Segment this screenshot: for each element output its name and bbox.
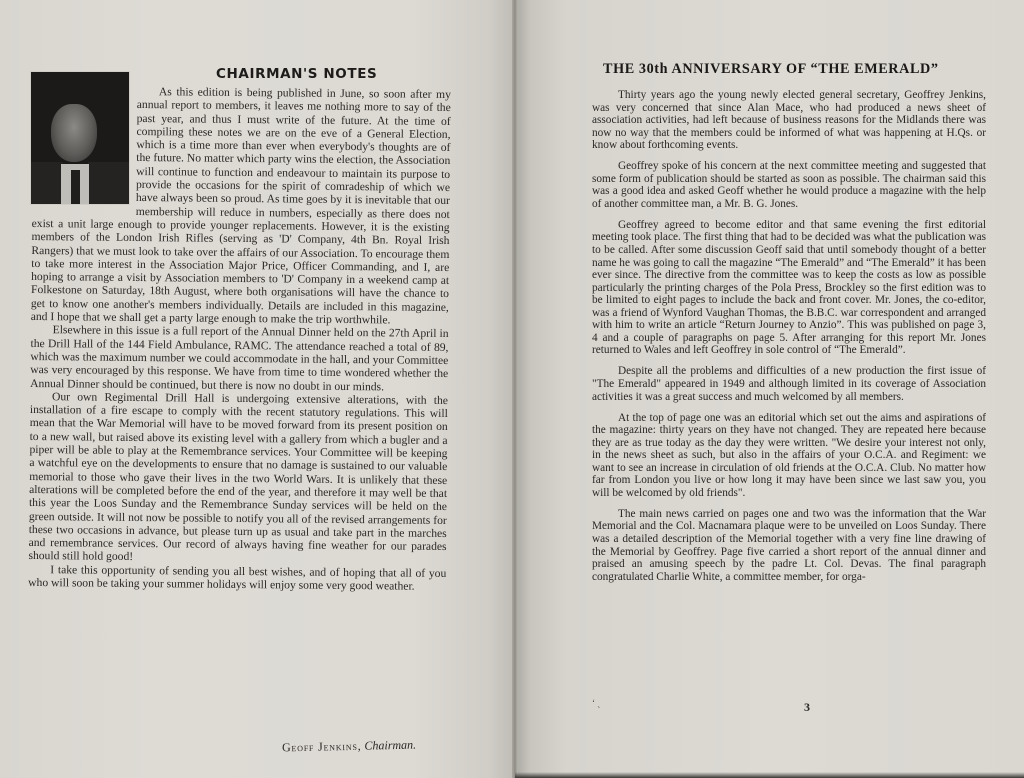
paragraph: Thirty years ago the young newly elected… xyxy=(592,89,986,152)
paragraph: Geoffrey agreed to become editor and tha… xyxy=(592,219,986,357)
paragraph: Elsewhere in this issue is a full report… xyxy=(30,323,449,393)
signature-name: Geoff Jenkins, xyxy=(282,739,362,755)
page-edge-shadow xyxy=(515,772,1024,778)
anniversary-body: Thirty years ago the young newly elected… xyxy=(592,89,986,592)
anniversary-title: THE 30th ANNIVERSARY OF “THE EMERALD” xyxy=(603,61,939,78)
signature-role: Chairman. xyxy=(364,738,416,753)
paragraph: The main news carried on pages one and t… xyxy=(592,508,986,583)
paragraph: Geoffrey spoke of his concern at the nex… xyxy=(592,160,986,210)
print-specks: ‘ ˎ xyxy=(592,698,600,708)
left-page: CHAIRMAN'S NOTES As this edition is bein… xyxy=(0,0,515,778)
paragraph: Our own Regimental Drill Hall is undergo… xyxy=(28,390,448,567)
page-number: 3 xyxy=(804,700,810,715)
book-gutter xyxy=(512,0,518,778)
chairmans-notes-title: CHAIRMAN'S NOTES xyxy=(216,66,377,82)
paragraph: I take this opportunity of sending you a… xyxy=(28,563,446,594)
photo-spacer xyxy=(32,84,137,209)
signature: Geoff Jenkins, Chairman. xyxy=(282,738,416,756)
paragraph: At the top of page one was an editorial … xyxy=(592,412,986,500)
chairmans-notes-body: As this edition is being published in Ju… xyxy=(28,84,451,593)
paragraph: Despite all the problems and difficultie… xyxy=(592,365,986,403)
